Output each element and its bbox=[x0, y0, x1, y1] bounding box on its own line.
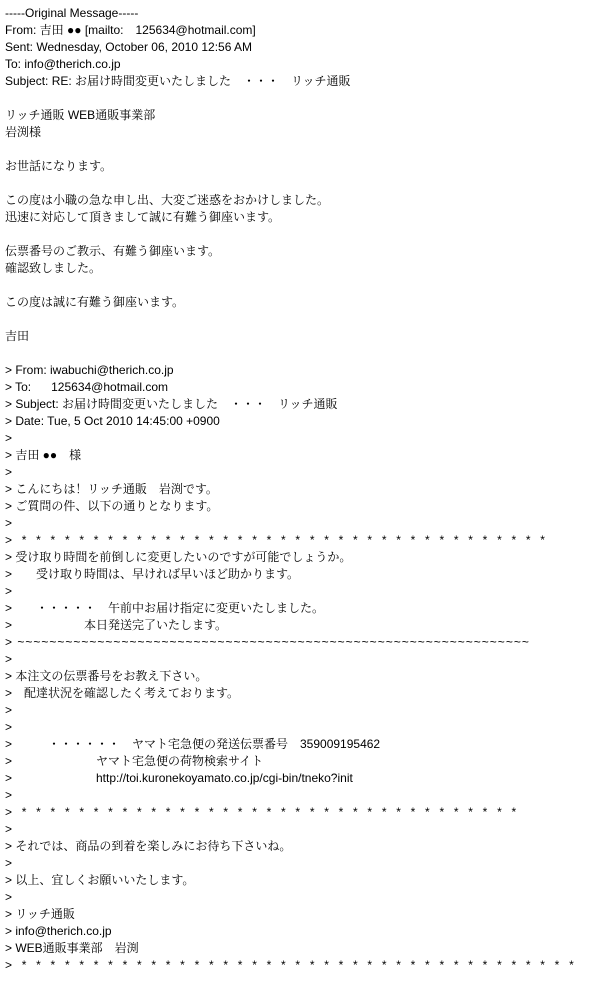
subject-line: Subject: RE: お届け時間変更いたしました ・・・ リッチ通販 bbox=[5, 73, 608, 90]
quote-blank-line: > bbox=[5, 430, 608, 447]
sender-signature-line: 吉田 bbox=[5, 328, 608, 345]
message-line: 迅速に対応して頂きまして誠に有難う御座います。 bbox=[5, 209, 608, 226]
blank-line bbox=[5, 90, 608, 107]
quote-blank-line: > bbox=[5, 515, 608, 532]
quoted-from-line: > From: iwabuchi@therich.co.jp bbox=[5, 362, 608, 379]
blank-line bbox=[5, 226, 608, 243]
wavy-divider-line: > ~~~~~~~~~~~~~~~~~~~~~~~~~~~~~~~~~~~~~~… bbox=[5, 634, 608, 651]
blank-line bbox=[5, 175, 608, 192]
asterisk-divider-line: > * * * * * * * * * * * * * * * * * * * … bbox=[5, 532, 608, 549]
quoted-line: > 受け取り時間を前倒しに変更したいのですが可能でしょうか。 bbox=[5, 549, 608, 566]
message-line: この度は小職の急な申し出、大変ご迷惑をおかけしました。 bbox=[5, 192, 608, 209]
quote-blank-line: > bbox=[5, 719, 608, 736]
quoted-answer-line: > ・・・・・ 午前中お届け指定に変更いたしました。 bbox=[5, 600, 608, 617]
quoted-subject-line: > Subject: お届け時間変更いたしました ・・・ リッチ通販 bbox=[5, 396, 608, 413]
quoted-signature-name-line: > WEB通販事業部 岩渕 bbox=[5, 940, 608, 957]
quote-blank-line: > bbox=[5, 464, 608, 481]
quote-blank-line: > bbox=[5, 889, 608, 906]
tracking-number-line: > ・・・・・・ ヤマト宅急便の発送伝票番号 359009195462 bbox=[5, 736, 608, 753]
email-body: -----Original Message----- From: 吉田 ●● [… bbox=[0, 0, 612, 974]
quoted-signature-company-line: > リッチ通販 bbox=[5, 906, 608, 923]
message-line: 確認致しました。 bbox=[5, 260, 608, 277]
quoted-line: > こんにちは！リッチ通販 岩渕です。 bbox=[5, 481, 608, 498]
blank-line bbox=[5, 277, 608, 294]
quote-blank-line: > bbox=[5, 583, 608, 600]
quote-blank-line: > bbox=[5, 787, 608, 804]
blank-line bbox=[5, 345, 608, 362]
quoted-answer-line: > 本日発送完了いたします。 bbox=[5, 617, 608, 634]
quote-blank-line: > bbox=[5, 702, 608, 719]
quote-blank-line: > bbox=[5, 821, 608, 838]
asterisk-divider-line: > * * * * * * * * * * * * * * * * * * * … bbox=[5, 957, 608, 974]
blank-line bbox=[5, 311, 608, 328]
message-line: この度は誠に有難う御座います。 bbox=[5, 294, 608, 311]
message-line: 伝票番号のご教示、有難う御座います。 bbox=[5, 243, 608, 260]
quoted-greeting-name-line: > 吉田 ●● 様 bbox=[5, 447, 608, 464]
asterisk-divider-line: > * * * * * * * * * * * * * * * * * * * … bbox=[5, 804, 608, 821]
quoted-to-line: > To: 125634@hotmail.com bbox=[5, 379, 608, 396]
quoted-line: > 配達状況を確認したく考えております。 bbox=[5, 685, 608, 702]
tracking-url-line: > http://toi.kuronekoyamato.co.jp/cgi-bi… bbox=[5, 770, 608, 787]
blank-line bbox=[5, 141, 608, 158]
message-line: お世話になります。 bbox=[5, 158, 608, 175]
quoted-line: > それでは、商品の到着を楽しみにお待ち下さいね。 bbox=[5, 838, 608, 855]
quoted-line: > ご質問の件、以下の通りとなります。 bbox=[5, 498, 608, 515]
tracking-site-label-line: > ヤマト宅急便の荷物検索サイト bbox=[5, 753, 608, 770]
quoted-date-line: > Date: Tue, 5 Oct 2010 14:45:00 +0900 bbox=[5, 413, 608, 430]
quoted-line: > 以上、宜しくお願いいたします。 bbox=[5, 872, 608, 889]
quote-blank-line: > bbox=[5, 651, 608, 668]
quoted-line: > 受け取り時間は、早ければ早いほど助かります。 bbox=[5, 566, 608, 583]
quoted-signature-email-line: > info@therich.co.jp bbox=[5, 923, 608, 940]
recipient-name-line: 岩渕様 bbox=[5, 124, 608, 141]
to-line: To: info@therich.co.jp bbox=[5, 56, 608, 73]
from-line: From: 吉田 ●● [mailto: 125634@hotmail.com] bbox=[5, 22, 608, 39]
sent-line: Sent: Wednesday, October 06, 2010 12:56 … bbox=[5, 39, 608, 56]
quoted-line: > 本注文の伝票番号をお教え下さい。 bbox=[5, 668, 608, 685]
original-message-divider: -----Original Message----- bbox=[5, 5, 608, 22]
quote-blank-line: > bbox=[5, 855, 608, 872]
recipient-company-line: リッチ通販 WEB通販事業部 bbox=[5, 107, 608, 124]
